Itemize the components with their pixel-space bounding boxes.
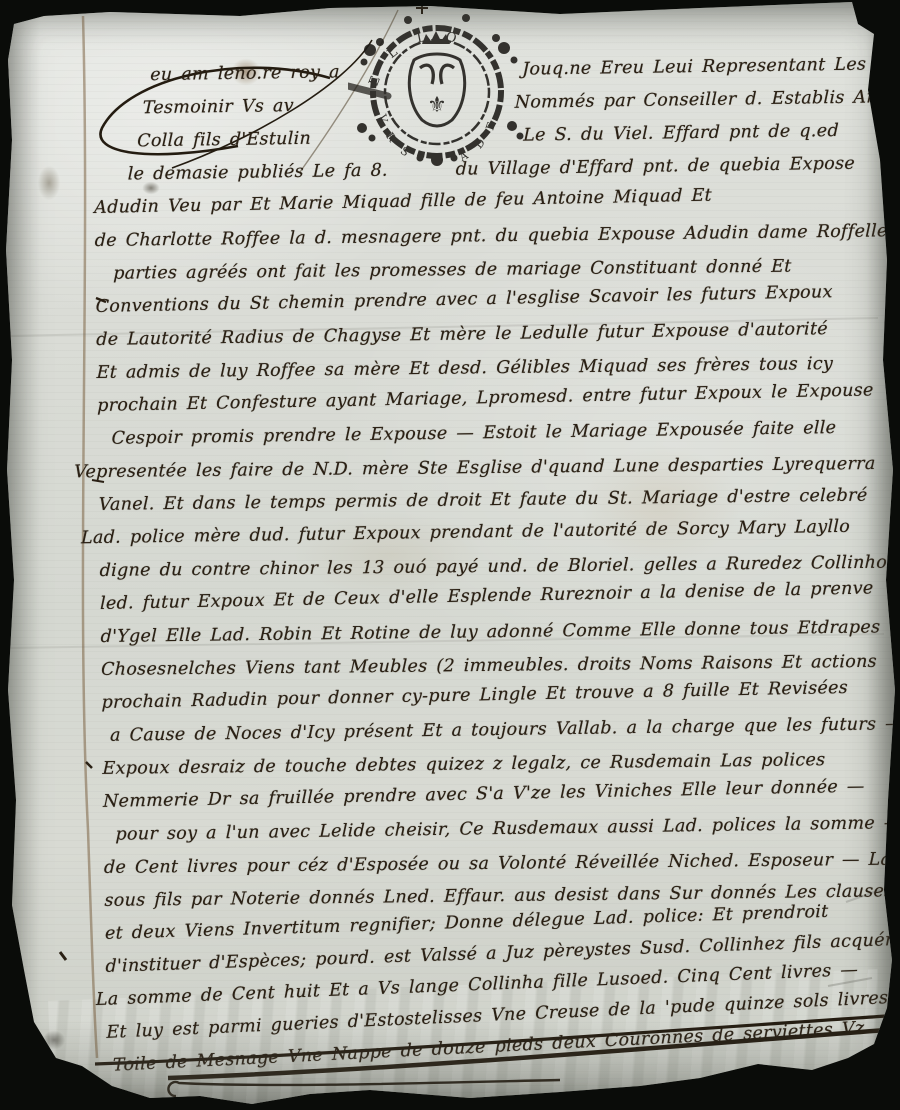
- handwritten-text-block: eu am leno.re roy a Jouq.ne Ereu Leui Re…: [92, 48, 900, 1083]
- ink-speck: [86, 762, 92, 768]
- body-lines: Adudin Veu par Et Marie Miquad fille de …: [94, 180, 900, 1083]
- line-segment: Tesmoinir Vs av: [142, 90, 294, 125]
- closing-flourish: [168, 1080, 560, 1096]
- line-segment: Le S. du Viel. Effard pnt de q.ed: [523, 115, 839, 153]
- opening-lines: eu am leno.re roy a Jouq.ne Ereu Leui Re…: [92, 48, 894, 192]
- stain: [34, 160, 64, 206]
- line-segment: Jouq.ne Ereu Leui Representant Les —: [522, 48, 893, 87]
- paper-sheet: ⚜ E L I O V R S A D E X eu am leno.re ro…: [0, 0, 900, 1110]
- photographed-manuscript: ⚜ E L I O V R S A D E X eu am leno.re ro…: [0, 0, 900, 1110]
- stain: [40, 1028, 68, 1052]
- line-segment: Colla fils d'Estulin: [137, 123, 312, 159]
- line-segment: eu am leno.re roy a: [150, 56, 340, 92]
- ink-speck: [60, 952, 66, 960]
